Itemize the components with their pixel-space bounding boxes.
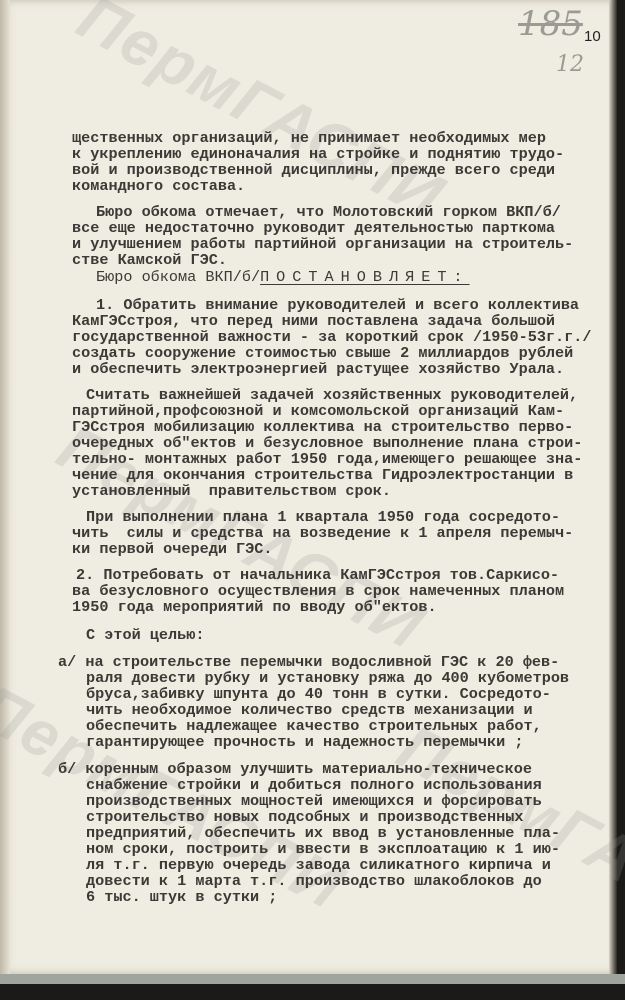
pencil-page-number-struck: 185 <box>518 4 583 44</box>
text-line: стве Камской ГЭС. <box>72 253 227 269</box>
watermark: ПермГАСПИ <box>66 0 456 234</box>
archive-sheet-number: 10 <box>584 28 601 45</box>
text-line: и обеспечить электроэнергией растущее хо… <box>72 362 564 378</box>
pencil-page-number: 12 <box>556 52 584 77</box>
resolution-keyword: ПОСТАНОВЛЯЕТ: <box>260 268 469 286</box>
scan-bottom-edge <box>0 974 625 984</box>
document-page: ПермГАСПИ ПермГАСПИ ПермГАСПИ ПермГАСПИ … <box>0 0 617 974</box>
text-line: командного состава. <box>72 179 245 195</box>
page-binding-edge <box>0 0 10 974</box>
text-line: гарантирующее прочность и надежность пер… <box>86 735 523 751</box>
text-line: ки первой очереди ГЭС. <box>72 542 273 558</box>
page-right-edge <box>609 0 617 974</box>
resolution-line: Бюро обкома ВКП/б/ПОСТАНОВЛЯЕТ: <box>96 270 470 286</box>
text-line: С этой целью: <box>86 628 204 644</box>
resolution-prefix: Бюро обкома ВКП/б/ <box>96 268 260 286</box>
text-line: установленный правительством срок. <box>72 484 391 500</box>
text-line: 1950 года мероприятий по вводу об"ектов. <box>72 600 437 616</box>
text-line: 6 тыс. штук в сутки ; <box>86 890 277 906</box>
